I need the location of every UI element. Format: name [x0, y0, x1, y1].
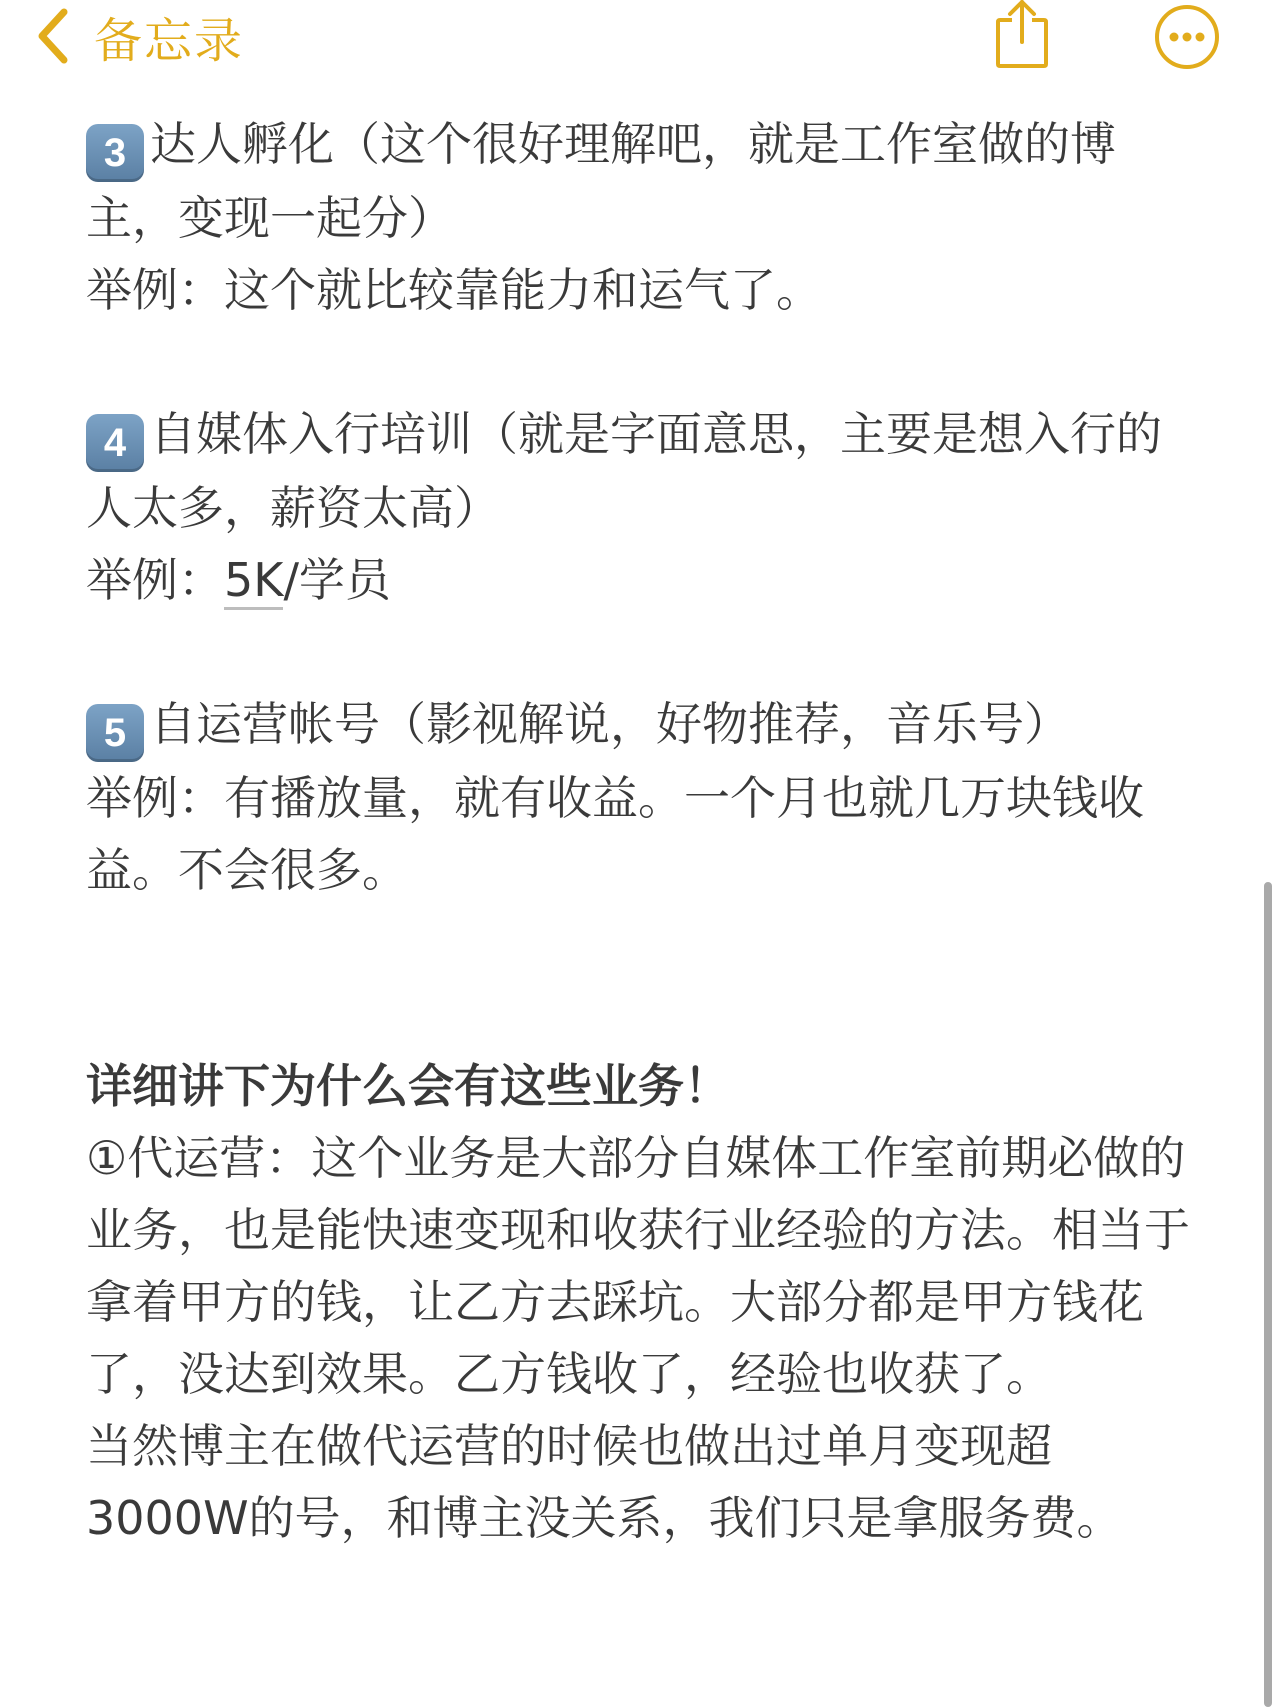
section-heading: 详细讲下为什么会有这些业务！ — [86, 1050, 1206, 1122]
section-paragraph-1: ①代运营：这个业务是大部分自媒体工作室前期必做的业务，也是能快速变现和收获行业经… — [86, 1122, 1206, 1410]
item-5-title: 5自运营帐号（影视解说，好物推荐，音乐号） — [86, 688, 1206, 762]
ellipsis-circle-icon — [1152, 57, 1222, 76]
section-paragraph-2: 当然博主在做代运营的时候也做出过单月变现超3000W的号，和博主没关系，我们只是… — [86, 1410, 1206, 1554]
detected-data-link[interactable]: 5K — [224, 553, 283, 610]
note-content[interactable]: 3达人孵化（这个很好理解吧，就是工作室做的博主，变现一起分） 举例：这个就比较靠… — [86, 108, 1206, 1554]
item-4-example: 举例：5K/学员 — [86, 544, 1206, 616]
keycap-4-icon: 4 — [86, 414, 144, 472]
item-5-example: 举例：有播放量，就有收益。一个月也就几万块钱收益。不会很多。 — [86, 762, 1206, 906]
keycap-3-icon: 3 — [86, 124, 144, 182]
share-button[interactable] — [990, 0, 1054, 74]
item-3-title: 3达人孵化（这个很好理解吧，就是工作室做的博主，变现一起分） — [86, 108, 1206, 254]
keycap-5-icon: 5 — [86, 704, 144, 762]
back-button[interactable]: 备忘录 — [36, 4, 244, 68]
vertical-scrollbar[interactable] — [1264, 882, 1272, 1707]
blank-lines — [86, 906, 1206, 1050]
item-3-example: 举例：这个就比较靠能力和运气了。 — [86, 254, 1206, 326]
blank-line — [86, 616, 1206, 688]
item-4-title: 4自媒体入行培训（就是字面意思，主要是想入行的人太多，薪资太高） — [86, 398, 1206, 544]
blank-line — [86, 326, 1206, 398]
navigation-bar: 备忘录 — [0, 0, 1280, 80]
chevron-left-icon — [36, 8, 70, 64]
share-icon — [990, 59, 1054, 78]
back-label: 备忘录 — [94, 2, 244, 71]
more-options-button[interactable] — [1152, 2, 1222, 72]
